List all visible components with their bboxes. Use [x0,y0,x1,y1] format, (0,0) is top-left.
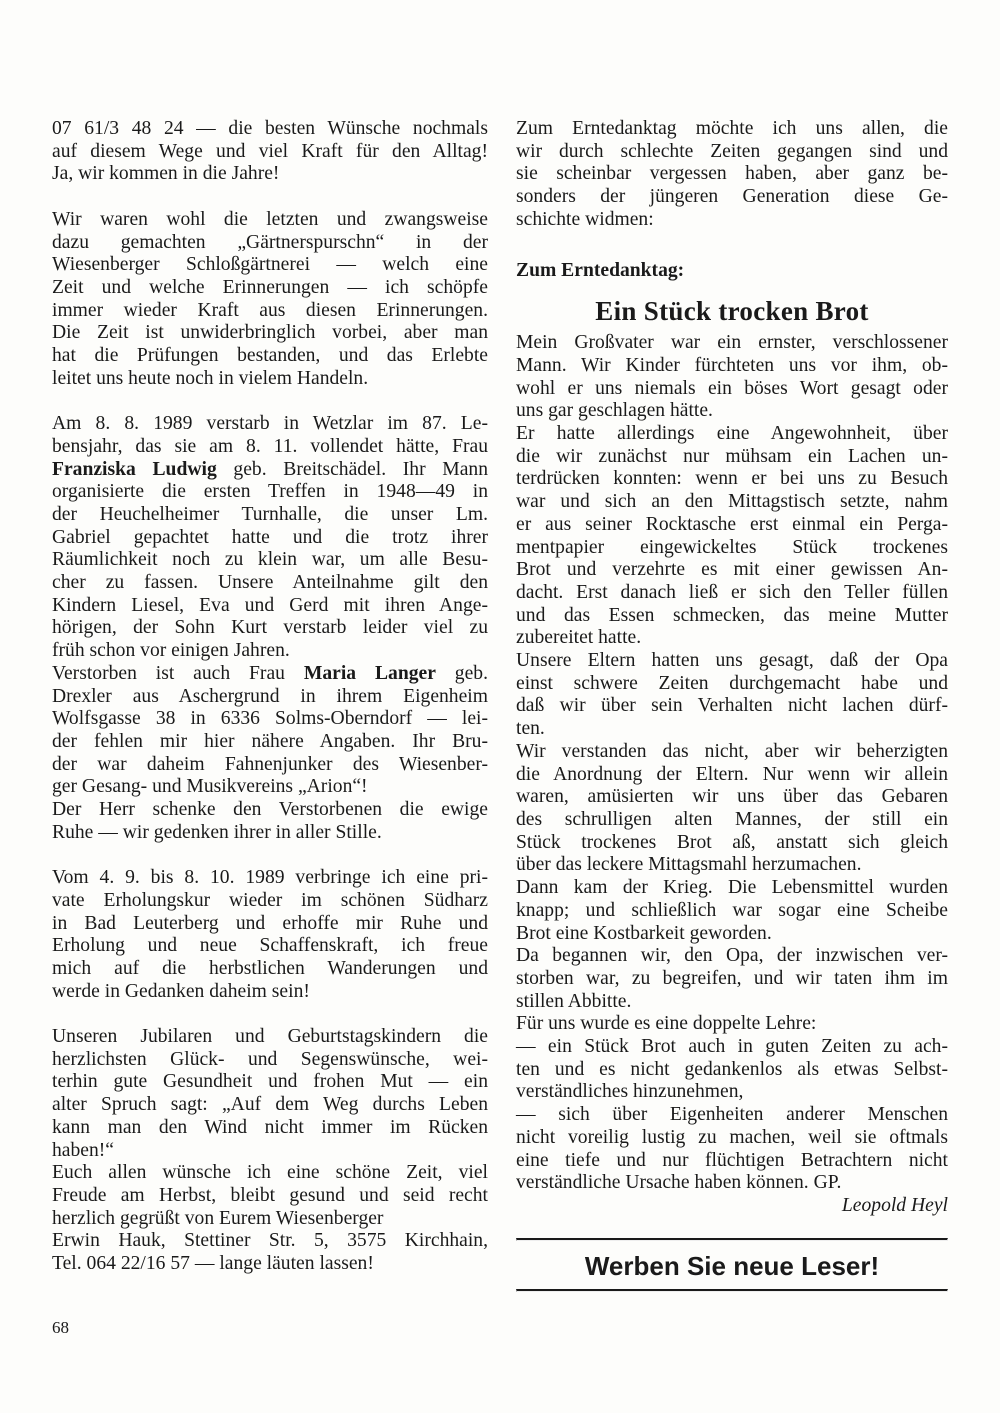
paragraph-obituary-langer: Verstorben ist auch Frau Maria Langer ge… [52,663,488,845]
text-line: dazu gemachten „Gärtnerspurschn“ in der [52,232,488,255]
text-line: der Heuchelheimer Turnhalle, die unser L… [52,504,488,527]
text-line: der war daheim Fahnenjunker des Wiesenbe… [52,754,488,777]
text-line: hat die Prüfungen bestanden, und das Erl… [52,345,488,368]
text-line: vate Erholungskur wieder im schönen Südh… [52,890,488,913]
author-signature: Leopold Heyl [516,1195,948,1218]
divider-top [516,1238,948,1241]
text-line: Ruhe — wir gedenken ihrer in aller Still… [52,822,488,845]
text-span: Verstorben ist auch Frau [52,663,304,684]
text-line: Mein Großvater war ein ernster, verschlo… [516,332,948,355]
text-line: Da begannen wir, den Opa, der inzwischen… [516,945,948,968]
text-line: Wir waren wohl die letzten und zwangswei… [52,209,488,232]
text-line: Wolfsgasse 38 in 6336 Solms-Oberndorf — … [52,708,488,731]
story-headline: Ein Stück trocken Brot [516,294,948,328]
story-lesson-item: — ein Stück Brot auch in guten Zeiten zu… [516,1036,948,1104]
text-line: wohl er uns niemals ein böses Wort gesag… [516,378,948,401]
page-number: 68 [52,1318,69,1338]
left-column: 07 61/3 48 24 — die besten Wünsche nochm… [52,118,488,1276]
text-line: Dann kam der Krieg. Die Lebensmittel wur… [516,877,948,900]
text-line: immer wieder Kraft aus diesen Erinnerung… [52,300,488,323]
paragraph-dedication: Zum Erntedanktag möchte ich uns allen, d… [516,118,948,232]
text-line: leitet uns heute noch in vielem Handeln. [52,368,488,391]
text-line: wir durch schlechte Zeiten gegangen sind… [516,141,948,164]
text-line: Freude am Herbst, bleibt gesund und seid… [52,1185,488,1208]
text-line: er aus seiner Rocktasche erst einmal ein… [516,514,948,537]
paragraph-obituary-ludwig: Am 8. 8. 1989 verstarb in Wetzlar im 87.… [52,413,488,663]
text-line: die Anordnung der Eltern. Nur wenn wir a… [516,764,948,787]
text-line: Drexler aus Aschergrund in ihrem Eigenhe… [52,686,488,709]
text-line: knapp; und schließlich war sogar eine Sc… [516,900,948,923]
text-line: bensjahr, das sie am 8. 11. vollendet hä… [52,436,488,459]
text-line: storben war, zu begreifen, und wir taten… [516,968,948,991]
story-paragraph: Unsere Eltern hatten uns gesagt, daß der… [516,650,948,741]
text-line: über das leckere Mittagsmahl herzumachen… [516,854,948,877]
text-line: Brot eine Kostbarkeit geworden. [516,923,948,946]
text-line: mich auf die herbstlichen Wanderungen un… [52,958,488,981]
text-line: Für uns wurde es eine doppelte Lehre: [516,1013,948,1036]
text-line: war und sich an den Mittagstisch setzte,… [516,491,948,514]
text-line: verständliches hinzunehmen, [516,1081,948,1104]
text-line: Am 8. 8. 1989 verstarb in Wetzlar im 87.… [52,413,488,436]
text-line: Unsere Eltern hatten uns gesagt, daß der… [516,650,948,673]
text-line: Mann. Wir Kinder fürchteten uns vor ihm,… [516,355,948,378]
text-line: stillen Abbitte. [516,991,948,1014]
text-line: ten. [516,718,948,741]
text-line: eine tiefe und nur flüchtigen Betrachter… [516,1150,948,1173]
text-line: haben!“ [52,1140,488,1163]
text-line: uns gar geschlagen hätte. [516,400,948,423]
text-line: Euch allen wünsche ich eine schöne Zeit,… [52,1162,488,1185]
text-line: organisierte die ersten Treffen in 1948—… [52,481,488,504]
text-line: auf diesem Wege und viel Kraft für den A… [52,141,488,164]
text-line: 07 61/3 48 24 — die besten Wünsche nochm… [52,118,488,141]
right-column: Zum Erntedanktag möchte ich uns allen, d… [516,118,948,1292]
text-line: terdrücken konnten: wenn er bei uns zu B… [516,468,948,491]
text-line: des schrulligen alten Mannes, der still … [516,809,948,832]
text-line: — ein Stück Brot auch in guten Zeiten zu… [516,1036,948,1059]
text-line: alter Spruch sagt: „Auf dem Weg durchs L… [52,1094,488,1117]
text-line: Brot und verzehrte es mit einer gewissen… [516,559,948,582]
text-line: einst schwere Zeiten durchgemacht habe u… [516,673,948,696]
text-line: sie scheinbar vergessen haben, aber ganz… [516,163,948,186]
name-maria-langer: Maria Langer [304,663,436,684]
section-kicker: Zum Erntedanktag: [516,260,948,283]
text-span: geb. [436,663,488,684]
text-line: verständliche Ursache haben können. GP. [516,1172,948,1195]
text-line: daß wir über sein Verhalten nicht lachen… [516,695,948,718]
text-line: — sich über Eigenheiten anderer Menschen [516,1104,948,1127]
text-line: waren, amüsierten wir uns über das Gebar… [516,786,948,809]
text-line: Kindern Liesel, Eva und Gerd mit ihren A… [52,595,488,618]
text-line: dacht. Erst danach ließ er sich den Tell… [516,582,948,605]
text-line: zubereitet hatte. [516,627,948,650]
text-line: Stück trockenes Brot aß, anstatt sich gl… [516,832,948,855]
text-line: Erwin Hauk, Stettiner Str. 5, 3575 Kirch… [52,1230,488,1253]
paragraph-gardeners: Wir waren wohl die letzten und zwangswei… [52,209,488,391]
story-paragraph: Für uns wurde es eine doppelte Lehre: [516,1013,948,1036]
text-span: geb. Breitschädel. Ihr Mann [217,459,488,480]
text-line: in Bad Leuterberg und erhoffe mir Ruhe u… [52,913,488,936]
story-paragraph: Wir verstanden das nicht, aber wir beher… [516,741,948,877]
name-franziska-ludwig: Franziska Ludwig [52,459,217,480]
text-line: Wiesenberger Schloßgärtnerei — welch ein… [52,254,488,277]
text-line: ten und es nicht gedankenlos als etwas S… [516,1059,948,1082]
text-line: Vom 4. 9. bis 8. 10. 1989 verbringe ich … [52,867,488,890]
text-line: Zeit und welche Erinnerungen — ich schöp… [52,277,488,300]
story-paragraph: Dann kam der Krieg. Die Lebensmittel wur… [516,877,948,945]
paragraph-greeting-phone: 07 61/3 48 24 — die besten Wünsche nochm… [52,118,488,186]
text-line: kann man den Wind nicht immer im Rücken [52,1117,488,1140]
text-line: Verstorben ist auch Frau Maria Langer ge… [52,663,488,686]
text-line: mentpapier eingewickeltes Stück trockene… [516,537,948,560]
text-line: schichte widmen: [516,209,948,232]
text-line: und das Essen schmecken, das meine Mutte… [516,605,948,628]
text-line: Wir verstanden das nicht, aber wir beher… [516,741,948,764]
text-line: Franziska Ludwig geb. Breitschädel. Ihr … [52,459,488,482]
story-paragraph: Mein Großvater war ein ernster, verschlo… [516,332,948,423]
paragraph-vacation: Vom 4. 9. bis 8. 10. 1989 verbringe ich … [52,867,488,1003]
text-line: Ja, wir kommen in die Jahre! [52,163,488,186]
text-line: Der Herr schenke den Verstorbenen die ew… [52,799,488,822]
text-line: Er hatte allerdings eine Angewohnheit, ü… [516,423,948,446]
paragraph-closing-address: Euch allen wünsche ich eine schöne Zeit,… [52,1162,488,1276]
text-line: nicht voreilig lustig zu machen, weil si… [516,1127,948,1150]
text-line: die wir zunächst nur mühsam ein Lachen u… [516,446,948,469]
text-line: herzlich gegrüßt von Eurem Wiesenberger [52,1208,488,1231]
divider-bottom [516,1289,948,1292]
text-line: Zum Erntedanktag möchte ich uns allen, d… [516,118,948,141]
story-paragraph: Er hatte allerdings eine Angewohnheit, ü… [516,423,948,650]
story-lesson-item: — sich über Eigenheiten anderer Menschen… [516,1104,948,1195]
text-line: der fehlen mir hier nähere Angaben. Ihr … [52,731,488,754]
text-line: früh schon vor einigen Jahren. [52,640,488,663]
text-line: Gabriel gepachtet hatte und die trotz ih… [52,527,488,550]
story-paragraph: Da begannen wir, den Opa, der inzwischen… [516,945,948,1013]
text-line: werde in Gedanken daheim sein! [52,981,488,1004]
text-line: herzlichsten Glück- und Segenswünsche, w… [52,1049,488,1072]
text-line: hörigen, der Sohn Kurt verstarb leider v… [52,617,488,640]
text-line: sonders der jüngeren Generation diese Ge… [516,186,948,209]
paragraph-birthday-wishes: Unseren Jubilaren und Geburtstagskindern… [52,1026,488,1162]
promo-banner: Werben Sie neue Leser! [516,1249,948,1283]
text-line: ger Gesang- und Musikvereins „Arion“! [52,776,488,799]
text-line: Die Zeit ist unwiderbringlich vorbei, ab… [52,322,488,345]
text-line: Räumlichkeit noch zu klein war, um alle … [52,549,488,572]
text-line: Tel. 064 22/16 57 — lange läuten lassen! [52,1253,488,1276]
text-line: Erholung und neue Schaffenskraft, ich fr… [52,935,488,958]
text-line: Unseren Jubilaren und Geburtstagskindern… [52,1026,488,1049]
text-line: cher zu fassen. Unsere Anteilnahme gilt … [52,572,488,595]
text-line: terhin gute Gesundheit und frohen Mut — … [52,1071,488,1094]
